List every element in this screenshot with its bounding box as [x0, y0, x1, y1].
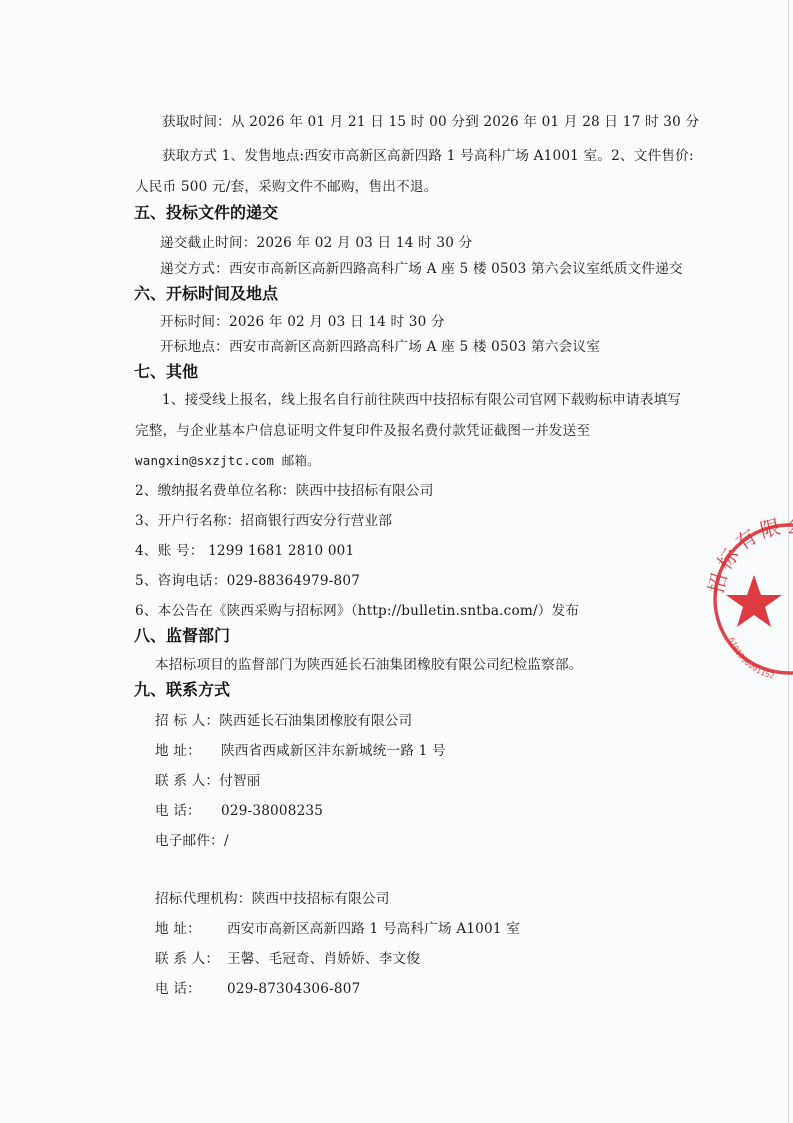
section-6-title: 六、开标时间及地点: [134, 284, 278, 304]
agency-name-row: 招标代理机构：陕西中技招标有限公司: [155, 890, 390, 908]
tenderer-email-label: 电子邮件：: [155, 832, 224, 850]
acquire-method-line1: 获取方式 1、发售地点:西安市高新区高新四路 1 号高科广场 A1001 室。2…: [162, 147, 694, 165]
section-8-title: 八、监督部门: [134, 626, 230, 646]
acquire-method-line2: 人民币 500 元/套，采购文件不邮购，售出不退。: [135, 178, 437, 196]
section-9-title: 九、联系方式: [134, 680, 230, 700]
tenderer-name-label: 招 标 人：: [155, 712, 219, 730]
other-item-5: 5、咨询电话：029-88364979-807: [135, 572, 360, 590]
submit-deadline: 递交截止时间：2026 年 02 月 03 日 14 时 30 分: [160, 234, 472, 252]
svg-text:6101990001152: 6101990001152: [727, 636, 776, 680]
tenderer-address-row: 地 址：陕西省西咸新区沣东新城统一路 1 号: [155, 742, 446, 760]
other-item-2: 2、缴纳报名费单位名称：陕西中技招标有限公司: [135, 482, 434, 500]
agency-contact-label: 联 系 人：: [155, 950, 227, 968]
other-item-1-line2: 完整，与企业基本户信息证明文件复印件及报名费付款凭证截图一并发送至: [135, 422, 590, 440]
agency-phone-label: 电 话：: [155, 980, 227, 998]
tenderer-name-row: 招 标 人：陕西延长石油集团橡胶有限公司: [155, 712, 412, 730]
other-item-1-email: wangxin@sxzjtc.com 邮箱。: [135, 452, 320, 470]
tenderer-phone-row: 电 话：029-38008235: [155, 802, 323, 820]
supervision-text: 本招标项目的监督部门为陕西延长石油集团橡胶有限公司纪检监察部。: [155, 656, 583, 674]
other-item-6: 6、本公告在《陕西采购与招标网》（http://bulletin.sntba.c…: [135, 602, 579, 620]
tenderer-phone-label: 电 话：: [155, 802, 221, 820]
agency-phone-row: 电 话：029-87304306-807: [155, 980, 360, 998]
acquire-time: 获取时间：从 2026 年 01 月 21 日 15 时 00 分到 2026 …: [162, 113, 699, 131]
tenderer-email-row: 电子邮件：/: [155, 832, 229, 850]
tenderer-phone: 029-38008235: [221, 803, 323, 819]
agency-address: 西安市高新区高新四路 1 号高科广场 A1001 室: [227, 921, 520, 937]
agency-address-label: 地 址：: [155, 920, 227, 938]
section-5-title: 五、投标文件的递交: [134, 203, 278, 223]
other-item-3: 3、开户行名称：招商银行西安分行营业部: [135, 512, 392, 530]
tenderer-name: 陕西延长石油集团橡胶有限公司: [219, 713, 412, 729]
opening-time: 开标时间：2026 年 02 月 03 日 14 时 30 分: [160, 313, 445, 331]
opening-place: 开标地点：西安市高新区高新四路高科广场 A 座 5 楼 0503 第六会议室: [160, 338, 600, 356]
tenderer-contact-label: 联 系 人：: [155, 772, 219, 790]
tenderer-contact: 付智丽: [219, 773, 260, 789]
agency-address-row: 地 址：西安市高新区高新四路 1 号高科广场 A1001 室: [155, 920, 520, 938]
tenderer-contact-row: 联 系 人：付智丽: [155, 772, 261, 790]
agency-phone: 029-87304306-807: [227, 981, 360, 997]
svg-text:招标有限公司: 招标有限公司: [705, 515, 793, 596]
other-item-1-line1: 1、接受线上报名，线上报名自行前往陕西中技招标有限公司官网下载购标申请表填写: [162, 391, 681, 409]
section-7-title: 七、其他: [134, 362, 198, 382]
agency-name-label: 招标代理机构：: [155, 890, 252, 908]
agency-contact: 王馨、毛冠奇、肖娇娇、李文俊: [227, 951, 420, 967]
tenderer-email: /: [224, 833, 229, 849]
agency-contact-row: 联 系 人：王馨、毛冠奇、肖娇娇、李文俊: [155, 950, 420, 968]
agency-name: 陕西中技招标有限公司: [252, 891, 390, 907]
tenderer-address-label: 地 址：: [155, 742, 221, 760]
tenderer-address: 陕西省西咸新区沣东新城统一路 1 号: [221, 743, 446, 759]
submit-method: 递交方式：西安市高新区高新四路高科广场 A 座 5 楼 0503 第六会议室纸质…: [160, 260, 683, 278]
other-item-4: 4、账 号： 1299 1681 2810 001: [135, 542, 354, 560]
company-seal-stamp-icon: 招标有限公司 6101990001152: [705, 515, 793, 683]
